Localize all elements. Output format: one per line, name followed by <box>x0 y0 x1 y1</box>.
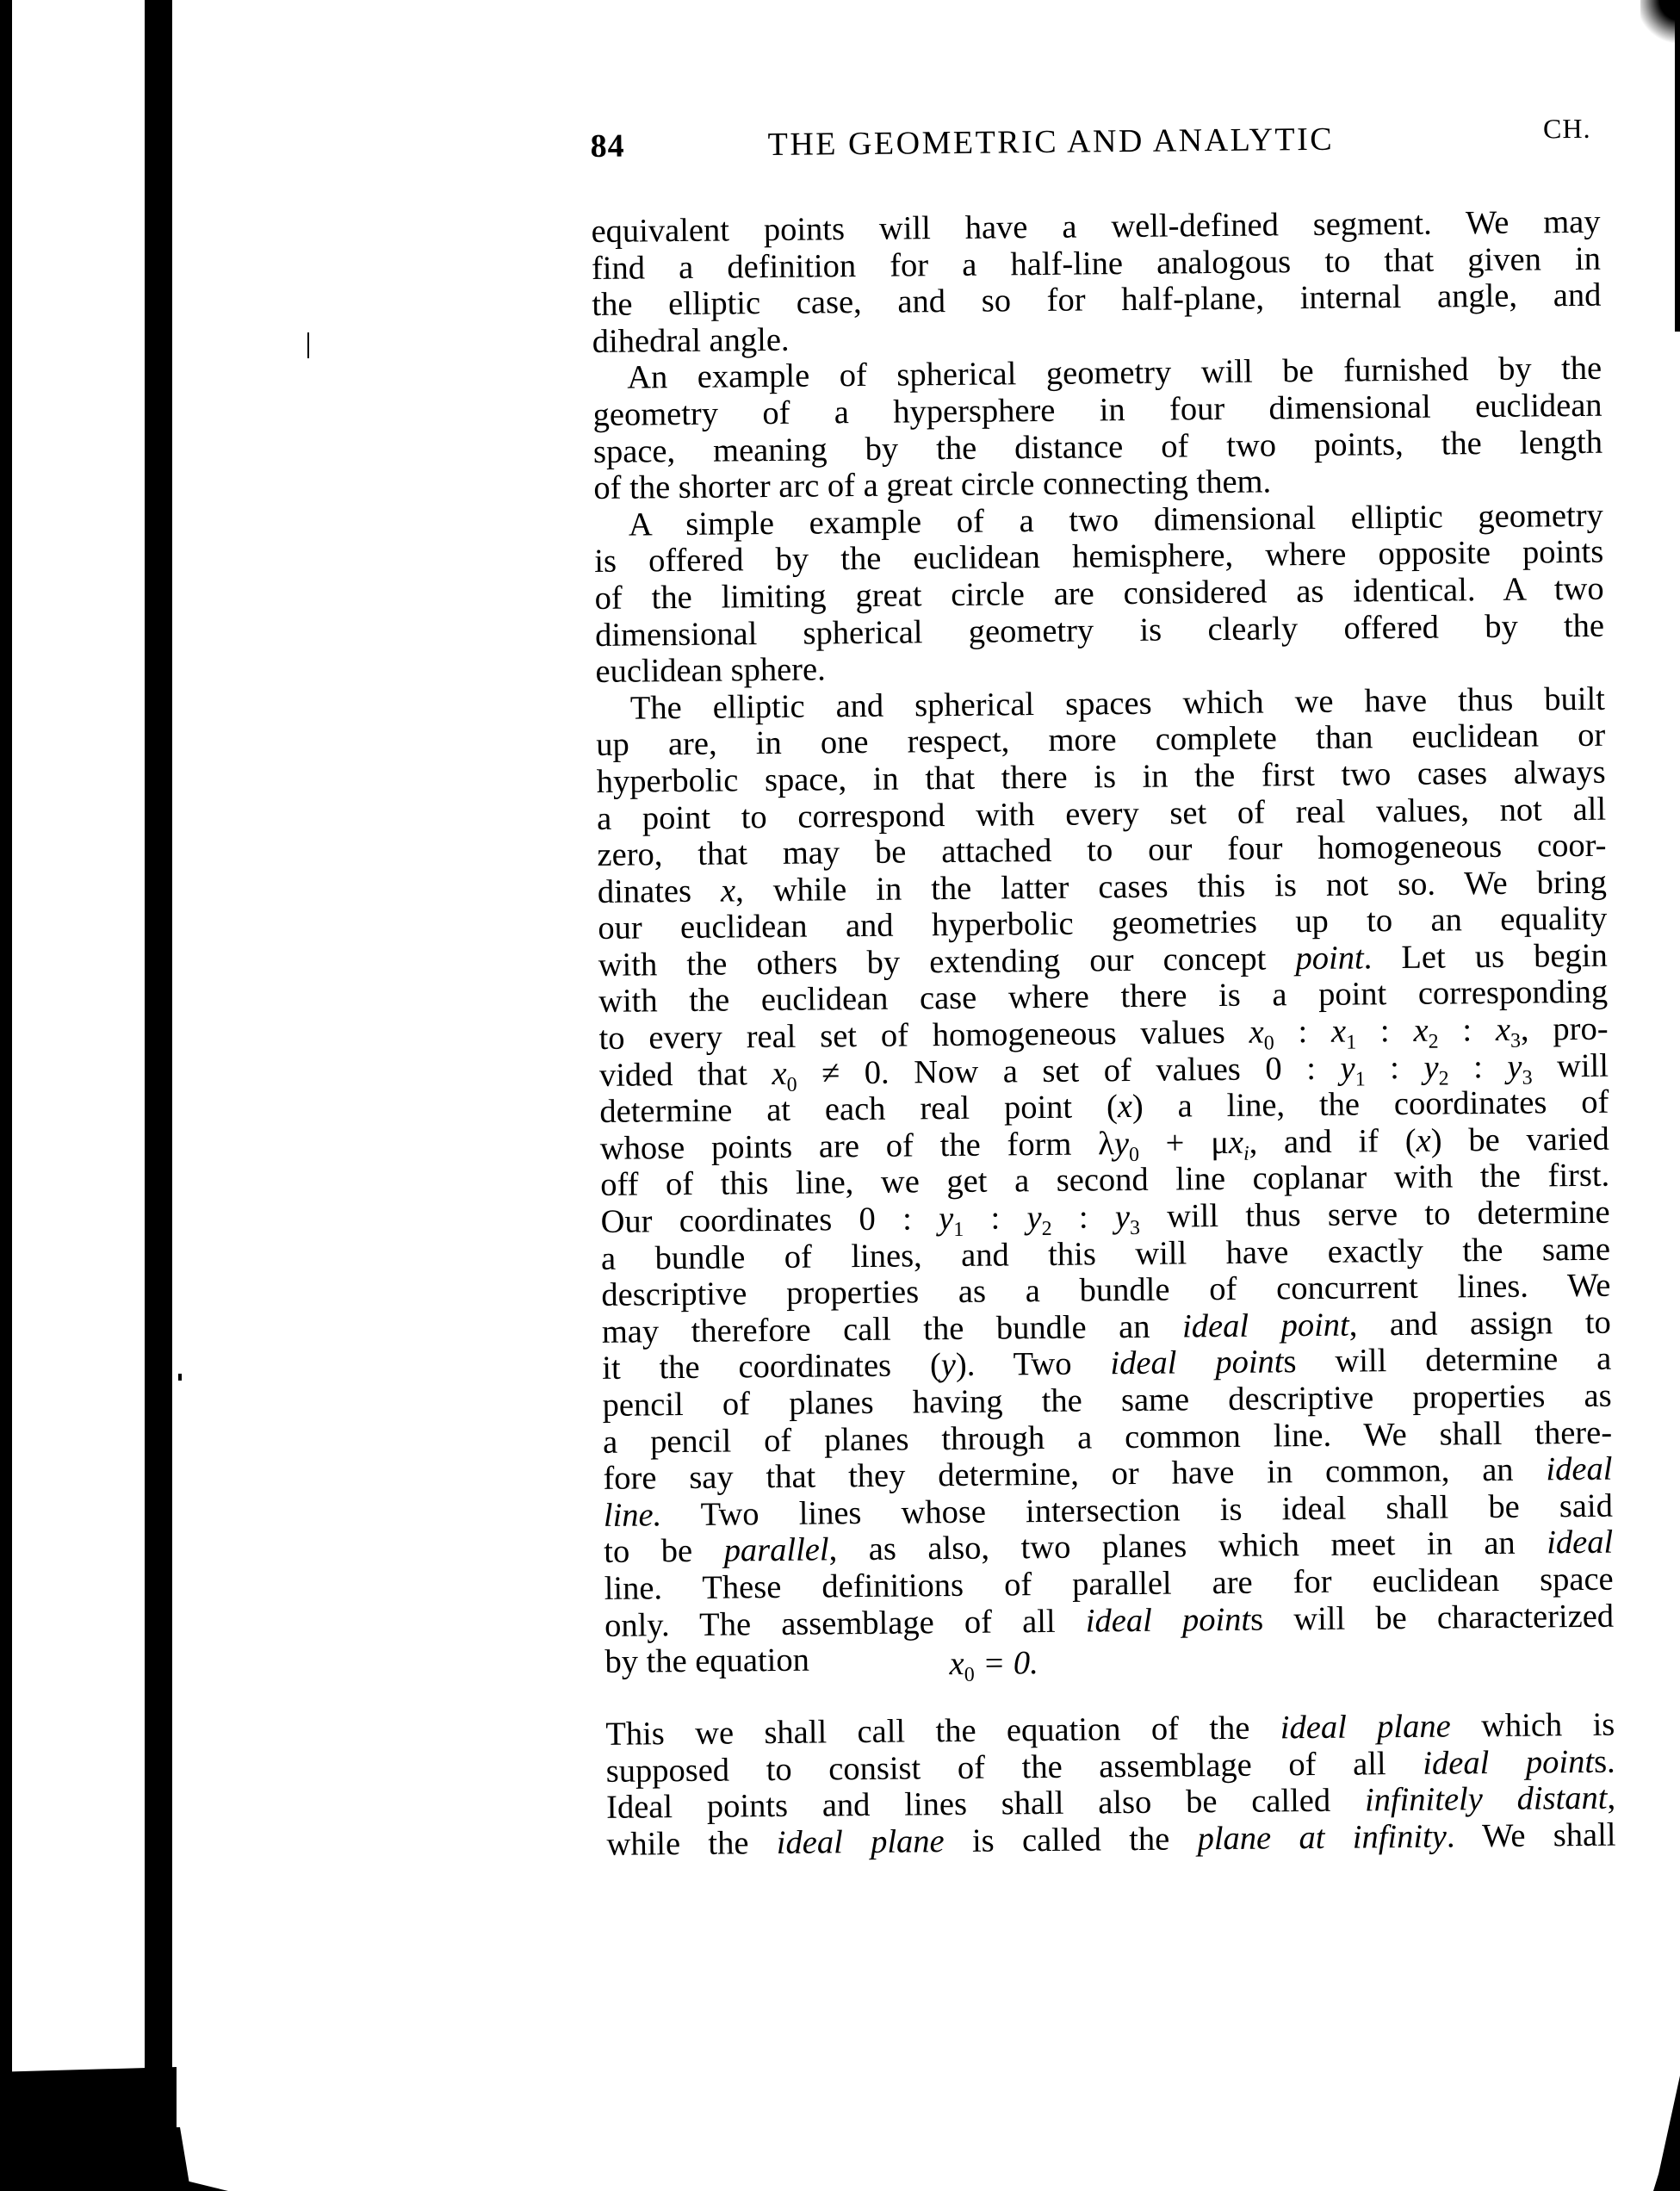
equation-lead-text: by the equation <box>604 1642 809 1681</box>
scan-gutter-shadow <box>145 0 172 2191</box>
display-equation-line: by the equation x0 = 0. <box>604 1635 1615 1694</box>
margin-pencil-mark <box>307 332 309 358</box>
ideal-plane-equation: x0 = 0. <box>949 1645 1038 1683</box>
paragraph-lines-after-equation: This we shall call the equation of the i… <box>605 1707 1616 1864</box>
paragraph-lines: equivalent points will have a well-defin… <box>591 204 1614 1644</box>
scan-right-corner-noise <box>1640 0 1680 43</box>
scan-bottom-edge <box>0 2067 177 2191</box>
page-number: 84 <box>590 127 624 165</box>
scan-binding-edge-left <box>0 0 12 2191</box>
body-text: equivalent points will have a well-defin… <box>591 204 1615 1864</box>
scan-right-edge <box>1675 0 1680 332</box>
chapter-abbreviation: CH. <box>1543 113 1591 146</box>
running-header: 84 THE GEOMETRIC AND ANALYTIC CH. <box>590 118 1606 171</box>
scan-bottom-flare <box>168 2127 228 2191</box>
margin-speck <box>178 1374 182 1381</box>
running-title: THE GEOMETRIC AND ANALYTIC <box>767 121 1334 164</box>
scan-bottom-right-corner <box>1653 2076 1680 2191</box>
